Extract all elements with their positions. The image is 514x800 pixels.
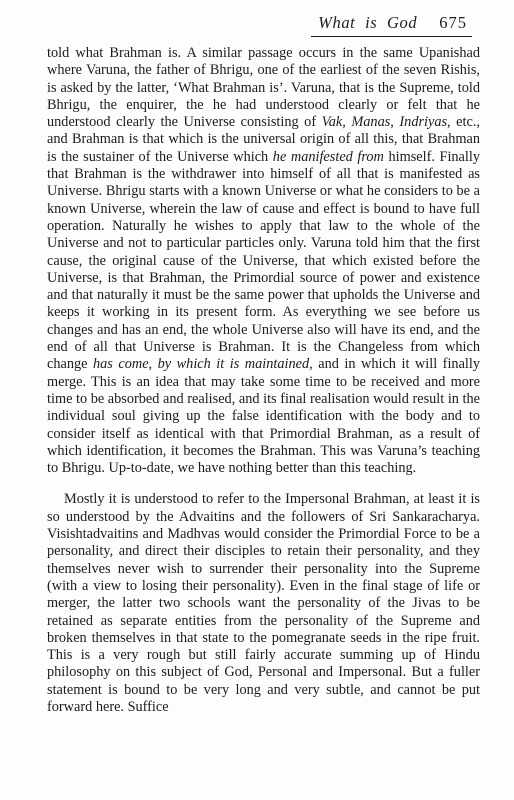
book-page: What is God675 told what Brahman is. A s… [0, 0, 514, 800]
page-header: What is God675 [311, 13, 472, 37]
page-number: 675 [439, 13, 467, 32]
text-run: himself. Finally that Brahman is the wit… [47, 149, 480, 373]
italic-text-run: Vak, Manas, Indriyas, [322, 114, 451, 130]
italic-text-run: has come, by which it is maintained, [93, 356, 313, 372]
header-underline: What is God675 [311, 13, 472, 37]
page-body: told what Brahman is. A similar passage … [47, 45, 480, 716]
paragraph: told what Brahman is. A similar passage … [47, 45, 480, 477]
running-head-title: What is God [318, 13, 417, 32]
paragraph: Mostly it is understood to refer to the … [47, 491, 480, 716]
italic-text-run: he manifested from [273, 149, 384, 165]
text-run: and in which it will finally merge. This… [47, 356, 480, 476]
text-run: Mostly it is understood to refer to the … [47, 491, 480, 715]
